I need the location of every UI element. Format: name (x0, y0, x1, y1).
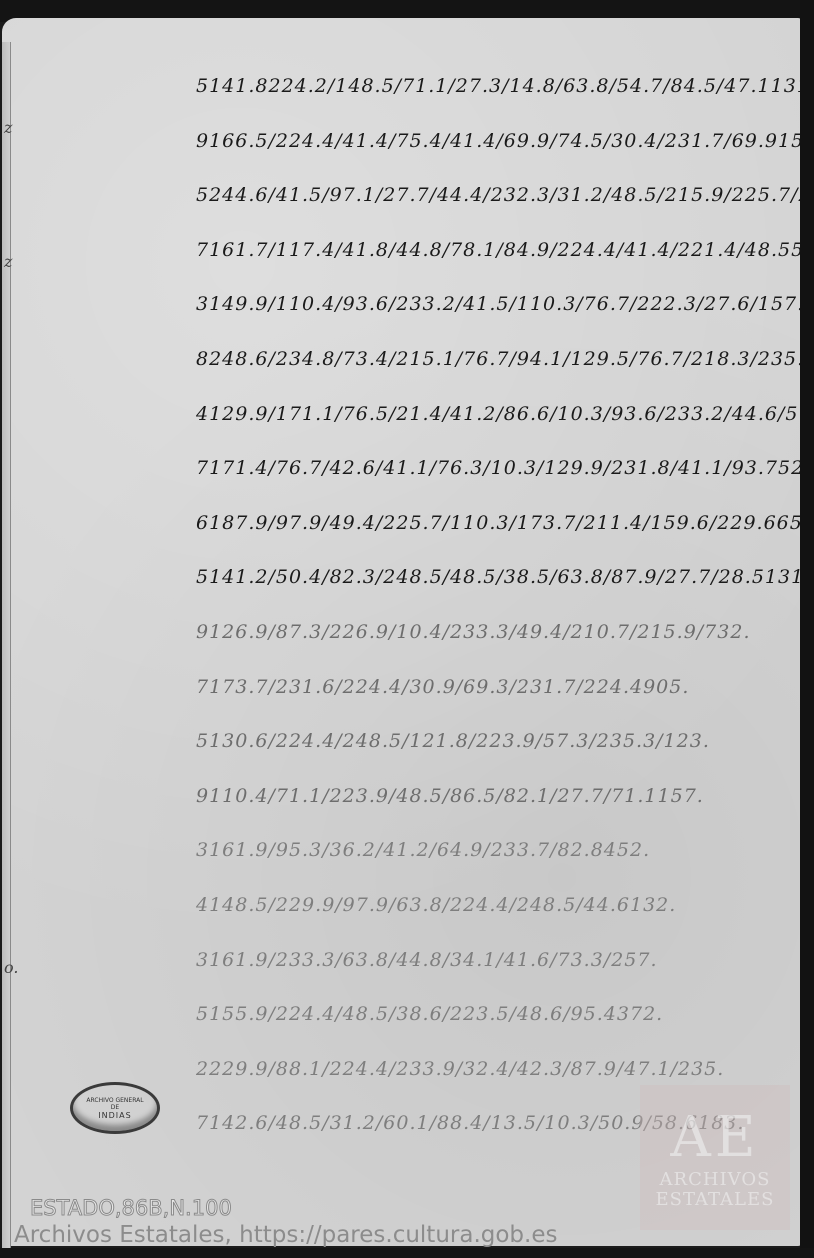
cipher-line-4: 7161.7/117.4/41.8/44.8/78.1/84.9/224.4/4… (196, 230, 794, 285)
margin-mark: z (4, 118, 12, 137)
cipher-line-7: 4129.9/171.1/76.5/21.4/41.2/86.6/10.3/93… (196, 394, 794, 449)
cipher-line-13: 5130.6/224.4/248.5/121.8/223.9/57.3/235.… (196, 721, 794, 776)
cipher-line-16: 4148.5/229.9/97.9/63.8/224.4/248.5/44.61… (196, 885, 794, 940)
cipher-line-11: 9126.9/87.3/226.9/10.4/233.3/49.4/210.7/… (196, 612, 794, 667)
stamp-line-3: INDIAS (98, 1111, 131, 1120)
cipher-line-9: 6187.9/97.9/49.4/225.7/110.3/173.7/211.4… (196, 503, 794, 558)
cipher-line-15: 3161.9/95.3/36.2/41.2/64.9/233.7/82.8452… (196, 830, 794, 885)
margin-mark: o. (4, 958, 18, 977)
cipher-line-8: 7171.4/76.7/42.6/41.1/76.3/10.3/129.9/23… (196, 448, 794, 503)
page-spine-edge (2, 42, 11, 1252)
archive-credit: Archivos Estatales, https://pares.cultur… (14, 1222, 557, 1248)
cipher-line-2: 9166.5/224.4/41.4/75.4/41.4/69.9/74.5/30… (196, 121, 794, 176)
scan-right-border (800, 0, 814, 1258)
scan-bottom-border (0, 1248, 814, 1258)
watermark-text-1: ARCHIVOS (660, 1170, 771, 1190)
watermark-text-2: ESTATALES (656, 1190, 775, 1210)
archive-stamp: ARCHIVO GENERAL DE INDIAS (70, 1082, 160, 1134)
cipher-line-18: 5155.9/224.4/48.5/38.6/223.5/48.6/95.437… (196, 994, 794, 1049)
cipher-line-14: 9110.4/71.1/223.9/48.5/86.5/82.1/27.7/71… (196, 776, 794, 831)
archive-watermark: AE ARCHIVOS ESTATALES (640, 1085, 790, 1230)
cipher-line-3: 5244.6/41.5/97.1/27.7/44.4/232.3/31.2/48… (196, 175, 794, 230)
cipher-line-1: 5141.8224.2/148.5/71.1/27.3/14.8/63.8/54… (196, 66, 794, 121)
watermark-logo-icon: AE (670, 1105, 759, 1170)
cipher-line-10: 5141.2/50.4/82.3/248.5/48.5/38.5/63.8/87… (196, 557, 794, 612)
margin-mark: z (4, 252, 12, 271)
cipher-line-5: 3149.9/110.4/93.6/233.2/41.5/110.3/76.7/… (196, 284, 794, 339)
stamp-line-2: DE (111, 1104, 119, 1111)
cipher-line-12: 7173.7/231.6/224.4/30.9/69.3/231.7/224.4… (196, 667, 794, 722)
document-reference: ESTADO,86B,N.100 (30, 1196, 232, 1220)
cipher-line-6: 8248.6/234.8/73.4/215.1/76.7/94.1/129.5/… (196, 339, 794, 394)
cipher-line-17: 3161.9/233.3/63.8/44.8/34.1/41.6/73.3/25… (196, 940, 794, 995)
stamp-line-1: ARCHIVO GENERAL (86, 1097, 143, 1104)
cipher-text-block: 5141.8224.2/148.5/71.1/27.3/14.8/63.8/54… (196, 66, 794, 1158)
